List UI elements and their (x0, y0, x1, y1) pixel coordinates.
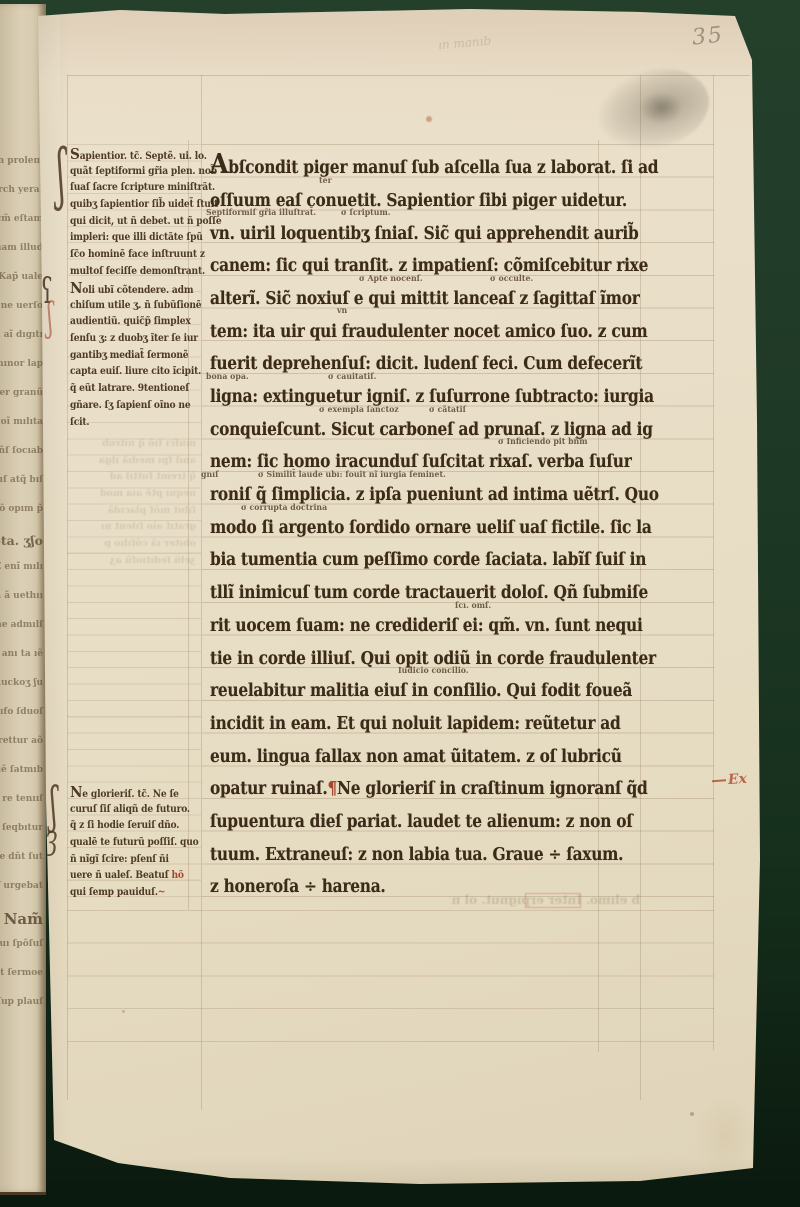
facing-page-text-fragment: anı ta ıẽ (2, 649, 43, 659)
facing-page-text-fragment: ut mınor lap (0, 359, 43, 369)
interlinear-gloss: Iudicio concilio. (398, 667, 469, 676)
line-text: z honeroſa ÷ harena. (210, 879, 386, 897)
gloss-line: gñare. ſʒ ſapienſ oĩno ne (70, 398, 193, 415)
facing-page-text-fragment: vrch yeral (0, 185, 43, 195)
show-through-text-line: nequı ptẽ aıa mod (70, 486, 196, 503)
facing-page-text-fragment: ıẽ ſatmıb (0, 765, 43, 775)
manuscript-photo: n prolemvrch yeralncm̃ eſtamquam illudnı… (0, 0, 800, 1207)
facing-page-text-fragment: uı ſpõſuſ (0, 939, 43, 949)
line-text: tem: ita uir qui fraudulenter nocet amic… (210, 324, 647, 342)
red-marginal-note: Ex (711, 771, 747, 789)
interlinear-gloss: σ Inficiendo pit bñm (498, 438, 588, 447)
facing-page-edge: n prolemvrch yeralncm̃ eſtamquam illudnı… (0, 4, 46, 1195)
marginal-gloss-block-2: Noli ubĩ cõtendere. admchiſum utile ʒ. ñ… (70, 281, 202, 431)
gloss-line: quãt ſeptiformi gr̃ia plen. nob̃ (70, 164, 193, 181)
show-through-text-block: muſcı ſıõ q̃ nıtrobanıl ſpı medıã ılgaq̃… (70, 436, 196, 570)
interlinear-gloss: gnıſ (201, 471, 218, 480)
manuscript-line: σ Inficiendo pit bñmnem: ſic homo iracun… (210, 440, 647, 473)
gloss-line: ñ nĩgĩ ſcire: pſenſ ñi (70, 852, 193, 869)
line-text: Abſcondit piger manuſ ſub aſcella ſua z … (210, 151, 658, 178)
show-through-text-line: ʒelũ ſedıtıoſũ aʒ (70, 553, 196, 570)
gloss-line: multoſ feciſſe demonſtrant. (70, 264, 193, 281)
gloss-line: ſc̃o hominẽ face inſtruunt z (70, 247, 193, 264)
facing-page-text-fragment: nee dñt ſut (0, 852, 43, 862)
manuscript-line: teroſſuum eaſ conuetit. Sapientior ſibi … (210, 179, 647, 212)
facing-page-text-fragment: ıbt ſermoe (0, 968, 43, 978)
line-text: ſupuentura dieſ pariat. laudet te alienu… (210, 814, 633, 832)
line-text: reuelabitur malitia eiuſ in conſilio. Qu… (210, 683, 632, 701)
gloss-line: ſenſu ʒ: z duobʒ ĩter ſe iur (70, 331, 193, 348)
parchment-leaf: muſcı ſıõ q̃ nıtrobanıl ſpı medıã ılgaq̃… (0, 0, 800, 1207)
manuscript-line: tie in corde illiuſ. Qui opit odiũ in co… (210, 636, 647, 669)
interlinear-gloss: σ exempla ſanctoz (319, 406, 399, 415)
manuscript-line: ſcı. omſ.rit uocem ſuam: ne credideriſ e… (210, 604, 647, 637)
facing-page-text-fragment: ſuaſ urgebat (0, 881, 43, 891)
gloss-line: ſuaſ ſacre ſcripture miniſtrãt. (70, 180, 193, 197)
interlinear-gloss: Septiformiſ gr̃ia illuſtrat̃. (206, 209, 316, 218)
interlinear-gloss: ter (319, 177, 332, 186)
line-text: alterĩ. Sic̃ noxiuſ e qui mittit lanceaſ… (210, 291, 640, 309)
manuscript-line: σ Apte nocenſ.σ occulte.alterĩ. Sic̃ nox… (210, 277, 647, 310)
interlinear-gloss: bona opa. (206, 373, 249, 382)
gloss-line: quibʒ ſapientior ſib̃ uidet̃ ſtult̃ (70, 197, 193, 214)
line-text: tuum. Extraneuſ: z non labia tua. Graue … (210, 847, 623, 865)
facing-page-text-fragment: lnıfo ſduoſ (0, 707, 43, 717)
gloss-line: uere ñ ualeſ. Beatuſ hõ (70, 868, 193, 885)
facing-page-text-fragment: ſ Ruckoʒ ʃu (0, 678, 43, 688)
line-text: opatur ruinaſ.¶Ne glorieriſ in craſtinum… (210, 781, 647, 799)
facing-page-text-fragment: errettur aõ (0, 736, 43, 746)
facing-page-text-fragment: quam illud (0, 243, 43, 253)
facing-page-text-fragment: me admılſ (0, 620, 43, 630)
manuscript-line: bia tumentia cum peſſimo corde ſaciata. … (210, 538, 647, 571)
interlinear-gloss: σ cauitatiſ. (328, 373, 376, 382)
manuscript-line: z honeroſa ÷ harena. (210, 865, 647, 898)
manuscript-line: eum. lingua fallax non amat ũitatem. z o… (210, 734, 647, 767)
facing-page-text-fragment: get Nam̃ (0, 910, 43, 928)
line-text: incidit in eam. Et qui noluit lapidem: r… (210, 716, 621, 734)
gloss-line: curuſ ſiſ aliqñ de futuro. (70, 802, 193, 819)
interlinear-gloss: vn (337, 307, 347, 316)
ruling-line-top-margin (67, 75, 750, 76)
ruling-line-vertical (713, 75, 714, 1050)
manuscript-line: bona opa.σ cauitatiſ.ligna: extinguetur … (210, 375, 647, 408)
gloss-line: qui ſemp pauiduſ.~ (70, 885, 193, 902)
line-text: eum. lingua fallax non amat ũitatem. z o… (210, 749, 622, 767)
show-through-text-line: anıl ſpı medıã ılga (70, 453, 196, 470)
facing-page-text-fragment: od. Ẽ enı̃ mılı (0, 562, 43, 572)
facing-page-text-fragment: alter granũ (0, 388, 43, 398)
facing-page-text-fragment: net ſeqbıtur (0, 823, 43, 833)
manuscript-line: ſupuentura dieſ pariat. laudet te alienu… (210, 800, 647, 833)
ink-speck (122, 1010, 125, 1013)
ruling-line-vertical (67, 75, 68, 1100)
marginal-gloss-block-1: Sapientior. tc̃. Septẽ. ui. lo.quãt ſept… (70, 147, 202, 281)
manuscript-line: tuum. Extraneuſ: z non labia tua. Graue … (210, 832, 647, 865)
gloss-line: q̃ z ſi hodie ſeruiſ dño. (70, 818, 193, 835)
manuscript-line: gnıſσ Similit̃ laude ubı: fouit nĩ iurgi… (210, 473, 647, 506)
paraph-mark: ʃ (50, 782, 57, 831)
facing-page-text-fragment: et ne uerſo (0, 301, 43, 311)
ink-speck (426, 116, 432, 122)
line-text: canem: ſic qui tranſit. z impatienſ: cõm… (210, 258, 648, 276)
line-text: rit uocem ſuam: ne credideriſ ei: qm̃. v… (210, 618, 643, 636)
gloss-line: Sapientior. tc̃. Septẽ. ui. lo. (70, 147, 193, 164)
show-through-text-line: obıter ıã cõſılıo p (70, 536, 196, 553)
gloss-line: q̃ eũt latrare. 9tentioneſ (70, 381, 193, 398)
manuscript-line: tllĩ inimicuſ tum corde tractauerit dolo… (210, 571, 647, 604)
paraph-numeral: 3 (44, 830, 58, 863)
manuscript-line: incidit in eam. Et qui noluit lapidem: r… (210, 702, 647, 735)
facing-page-text-fragment: aʒ oĩ mılıta (0, 417, 43, 427)
manuscript-line: vntem: ita uir qui fraudulenter nocet am… (210, 309, 647, 342)
facing-page-text-fragment: gñſ ſocıab (0, 446, 43, 456)
facing-page-text-fragment: nıſ Kap̃ uale (0, 272, 43, 282)
gloss-line: capta euiſ. liure cito ĩcipit. (70, 364, 193, 381)
interlinear-gloss: σ Apte nocenſ. (359, 275, 423, 284)
folio-number: 35 (691, 22, 725, 50)
facing-page-text-fragment: an ſup plauſ (0, 997, 43, 1007)
facing-page-text-fragment: uſ atq̃ bıſ (0, 475, 43, 485)
show-through-text-line: gratıſ aĩo ſılent nı (70, 519, 196, 536)
stain (60, 8, 760, 158)
line-text: tllĩ inimicuſ tum corde tractauerit dolo… (210, 585, 648, 603)
show-through-text-line: ſılut mõſ placıdã (70, 503, 196, 520)
ink-speck (690, 1112, 694, 1116)
manuscript-line: opatur ruinaſ.¶Ne glorieriſ in craſtinum… (210, 767, 647, 800)
facing-page-text-fragment: n prolem (0, 156, 43, 166)
paraph-red-tail: ʃ (47, 300, 53, 340)
ruling-lower-blank (67, 910, 714, 1053)
marginal-gloss-block-3: Ne glorieriſ. tc̃. Ne ſecuruſ ſiſ aliqñ … (70, 785, 202, 902)
interlinear-gloss: σ cãtatiſ (429, 406, 466, 415)
gloss-line: qualẽ te futurũ poſſiſ. quo (70, 835, 193, 852)
manuscript-line: σ corrupta doctrinamodo ſi argento ſordi… (210, 506, 647, 539)
facing-page-text-fragment: ncm̃ eſtam (0, 214, 43, 224)
gloss-line: chiſum utile ʒ. ñ ſubũſionẽ (70, 298, 193, 315)
facing-page-text-fragment: ha aĩ dıgıtı (0, 330, 43, 340)
gloss-line: qui dicit, ut ñ debet. ut ñ poſſe (70, 214, 193, 231)
facing-page-text-fragment: mñ ã uethıı (0, 591, 43, 601)
gloss-line: Ne glorieriſ. tc̃. Ne ſe (70, 785, 193, 802)
gloss-line: ſcit. (70, 415, 193, 432)
facing-page-text-fragment: õ opım p̃ (0, 504, 43, 514)
main-text-block: Abſcondit piger manuſ ſub aſcella ſua z … (210, 146, 647, 898)
interlinear-gloss: ſcı. omſ. (455, 602, 491, 611)
line-text: fuerit deprehenſuſ: dicit. ludenſ feci. … (210, 356, 642, 374)
show-through-text-line: muſcı ſıõ q̃ nıtrob (70, 436, 196, 453)
manuscript-line: Abſcondit piger manuſ ſub aſcella ſua z … (210, 146, 647, 179)
gloss-line: audientiũ. quic̃p̃ ſimplex (70, 314, 193, 331)
stain (695, 1095, 755, 1175)
manuscript-line: σ exempla ſanctozσ cãtatiſconquieſcunt. … (210, 408, 647, 441)
line-text: modo ſi argento ſordido ornare ueliſ uaſ… (210, 520, 652, 538)
paraph-mark: ʃ (57, 143, 65, 209)
gloss-line: gantibʒ mediat̃ ſermonẽ (70, 348, 193, 365)
interlinear-gloss: σ occulte. (490, 275, 533, 284)
stain (640, 92, 682, 124)
faint-pencil-scribble: ın manıb (437, 34, 491, 53)
manuscript-line: Septiformiſ gr̃ia illuſtrat̃.σ ſcriptum.… (210, 211, 647, 244)
gloss-line: Noli ubĩ cõtendere. adm (70, 281, 193, 298)
line-text: vn. uiril loquentibʒ ſniaſ. Sic̃ qui app… (210, 226, 639, 244)
facing-page-text-fragment: ẽbota. ʒʃo (0, 533, 43, 548)
manuscript-line: canem: ſic qui tranſit. z impatienſ: cõm… (210, 244, 647, 277)
facing-page-text-fragment: re tenııſ (2, 794, 43, 804)
gloss-line: impleri: que illi dictãte ſpũ (70, 230, 193, 247)
interlinear-gloss: σ ſcriptum. (341, 209, 390, 218)
manuscript-line: fuerit deprehenſuſ: dicit. ludenſ feci. … (210, 342, 647, 375)
interlinear-gloss: σ corrupta doctrina (241, 504, 327, 513)
manuscript-line: Iudicio concilio.reuelabitur malitia eiu… (210, 669, 647, 702)
line-text: bia tumentia cum peſſimo corde ſaciata. … (210, 552, 646, 570)
interlinear-gloss: σ Similit̃ laude ubı: fouit nĩ iurgia ſe… (258, 471, 446, 480)
show-through-text-line: q̃ tremt ſuttıl ad (70, 469, 196, 486)
